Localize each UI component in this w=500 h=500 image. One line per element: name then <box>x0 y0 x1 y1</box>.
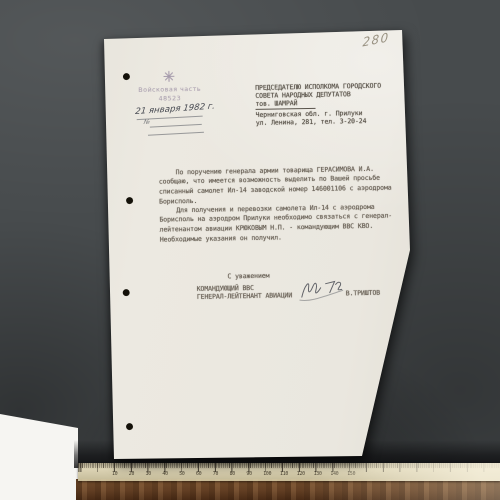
punch-hole-4 <box>126 423 133 430</box>
punch-hole-1 <box>123 73 130 80</box>
body-p1-line3: списанный самолет Ил-14 заводской номер … <box>159 184 392 196</box>
recipient-address-2: ул. Ленина, 281, тел. 3-20-24 <box>256 117 367 127</box>
handwritten-underline-3 <box>148 132 204 136</box>
letter-content: 280 Войсковая часть 48523 21 января 1982… <box>0 0 500 500</box>
punch-hole-3 <box>123 289 130 296</box>
recipient-name: тов. ШАМРАЙ <box>255 99 315 110</box>
paper-wrap: 280 Войсковая часть 48523 21 января 1982… <box>0 0 500 500</box>
handwritten-date: 21 января 1982 г. <box>135 102 216 118</box>
handwritten-signature <box>296 274 345 305</box>
stamp-star-icon <box>163 70 175 82</box>
stamp-unit-number: 48523 <box>132 95 207 103</box>
photo-of-document: 102030405060708090100110120130140150 280… <box>0 0 500 500</box>
pencil-page-number: 280 <box>362 30 390 50</box>
signer-position-2: ГЕНЕРАЛ-ЛЕЙТЕНАНТ АВИАЦИИ <box>197 291 292 301</box>
handwritten-number-sign: № <box>143 119 150 126</box>
signer-name: В.ТРИШТОВ <box>346 289 380 298</box>
handwritten-underline-2 <box>150 124 202 128</box>
punch-hole-2 <box>126 197 133 204</box>
body-p1-line4: Борисполь. <box>159 197 197 206</box>
body-p2-line4: Необходимые указания он получил. <box>160 233 282 243</box>
body-p2-line3: лейтенантом авиации КРЮКОВЫМ Н.П. - кома… <box>160 222 374 234</box>
letter-paper: 280 Войсковая часть 48523 21 января 1982… <box>0 0 500 500</box>
closing-salutation: С уважением <box>227 272 269 281</box>
stamp-unit-name: Войсковая часть <box>132 86 207 94</box>
